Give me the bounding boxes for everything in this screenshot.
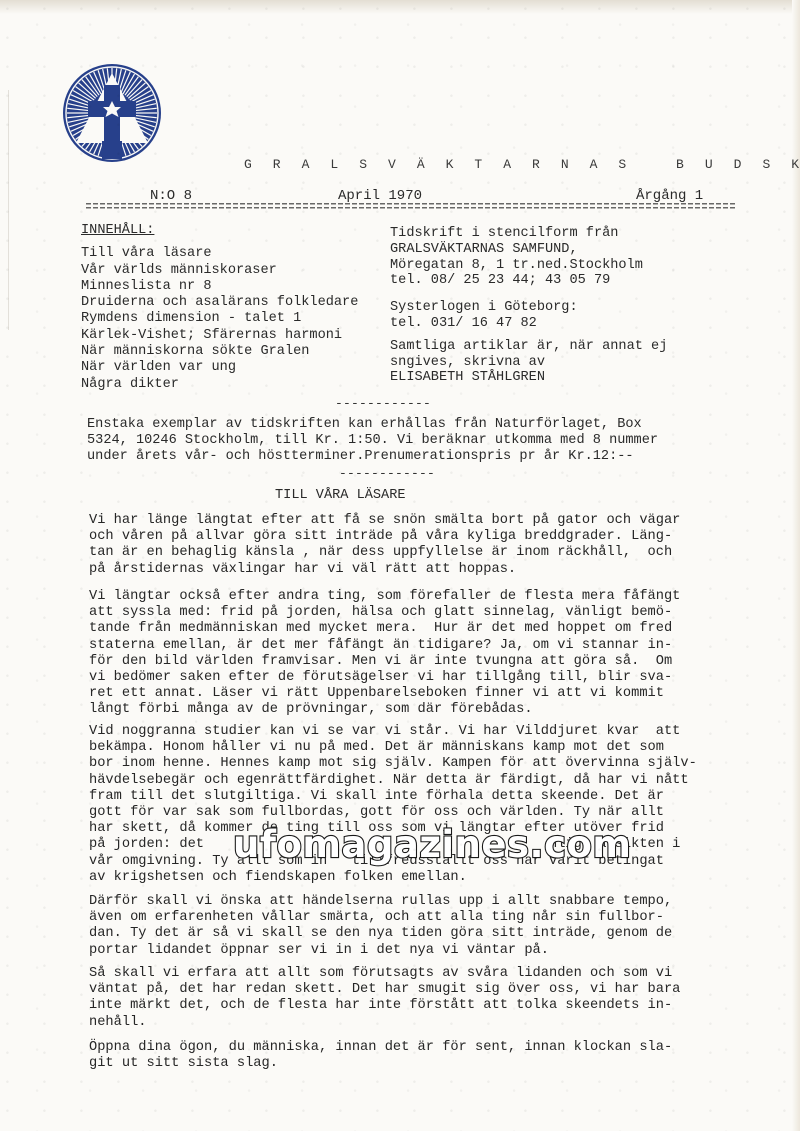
grail-guardians-emblem-icon xyxy=(62,63,162,163)
article-line: dan. Ty det är så vi skall se den nya ti… xyxy=(89,926,672,942)
toc-item: Rymdens dimension - talet 1 xyxy=(81,311,358,327)
authorship-note: Samtliga artiklar är, när annat ej xyxy=(390,339,667,355)
volume-label: Årgång 1 xyxy=(636,188,703,204)
dashed-separator: ------------ xyxy=(335,396,431,411)
article-line: att syssla med: frid på jorden, hälsa oc… xyxy=(89,605,680,621)
toc-item: När människorna sökte Gralen xyxy=(81,344,358,360)
publisher-name: GRALSVÄKTARNAS SAMFUND, xyxy=(390,242,667,258)
toc-item: När världen var ung xyxy=(81,360,358,376)
article-line: vi bedömer saken efter de förutsägelser … xyxy=(89,670,680,686)
issue-number: N:O 8 xyxy=(150,188,192,204)
article-line: för den bild världen framvisar. Men vi ä… xyxy=(89,654,680,670)
article-line: Därför skall vi önska att händelserna ru… xyxy=(89,894,672,910)
subscription-notice: Enstaka exemplar av tidskriften kan erhå… xyxy=(87,417,658,465)
article-line: fram till det slutgiltiga. Vi skall inte… xyxy=(89,789,697,805)
toc-item: Vår världs människoraser xyxy=(81,263,358,279)
article-line: tan är en behaglig känsla , när dess upp… xyxy=(89,545,680,561)
article-line: bor inom henne. Hennes kamp mot sig själ… xyxy=(89,756,697,772)
article-line: långt förbi många av de prövningar, som … xyxy=(89,702,680,718)
article-line: på årstidernas växlingar har vi väl rätt… xyxy=(89,562,680,578)
article-paragraph: Öppna dina ögon, du människa, innan det … xyxy=(89,1040,672,1072)
article-line: väntat på, det har redan skett. Det har … xyxy=(89,982,680,998)
article-line: ret ett annat. Läser vi rätt Uppenbarels… xyxy=(89,686,680,702)
article-line: Vi längtar också efter andra ting, som f… xyxy=(89,589,680,605)
double-rule-divider xyxy=(86,203,736,211)
article-line: nehåll. xyxy=(89,1015,680,1031)
article-line: bekämpa. Honom håller vi nu på med. Det … xyxy=(89,740,697,756)
toc-item: Minneslista nr 8 xyxy=(81,279,358,295)
toc-heading: INNEHÅLL: xyxy=(81,223,358,239)
toc-item: Druiderna och asalärans folkledare xyxy=(81,295,358,311)
toc-item: Några dikter xyxy=(81,377,358,393)
toc-item: Kärlek-Vishet; Sfärernas harmoni xyxy=(81,328,358,344)
dashed-separator: ------------ xyxy=(339,466,435,481)
article-paragraph: Därför skall vi önska att händelserna ru… xyxy=(89,894,672,959)
article-line: git ut sitt sista slag. xyxy=(89,1056,672,1072)
article-line: Öppna dina ögon, du människa, innan det … xyxy=(89,1040,672,1056)
article-paragraph: Vi längtar också efter andra ting, som f… xyxy=(89,589,680,719)
article-line: och våren på allvar göra sitt inträde på… xyxy=(89,529,680,545)
article-line: Så skall vi erfara att allt som förutsag… xyxy=(89,966,680,982)
article-paragraph: Vi har länge längtat efter att få se snö… xyxy=(89,513,680,578)
notice-line: Enstaka exemplar av tidskriften kan erhå… xyxy=(87,417,658,433)
sister-lodge-phone: tel. 031/ 16 47 82 xyxy=(390,316,667,332)
article-line: av krigshetsen och fiendskapen folken em… xyxy=(89,870,697,886)
table-of-contents: INNEHÅLL: Till våra läsare Vår världs mä… xyxy=(81,223,358,393)
article-line: hävdelsebegär och egenrättfärdighet. När… xyxy=(89,773,697,789)
article-line: portar lidandet öppnar ser vi in i det n… xyxy=(89,943,672,959)
sister-lodge-label: Systerlogen i Göteborg: xyxy=(390,300,667,316)
issue-date: April 1970 xyxy=(338,188,422,204)
publisher-line: Tidskrift i stencilform från xyxy=(390,226,667,242)
article-line: inte märkt det, och de flesta har inte f… xyxy=(89,998,680,1014)
watermark-logo: ufomagazines.com xyxy=(233,826,631,863)
article-line: även om erfarenheten vållar smärta, och … xyxy=(89,910,672,926)
article-line: tande från medmänniskan med mycket mera.… xyxy=(89,621,680,637)
toc-item: Till våra läsare xyxy=(81,246,358,262)
authorship-note: sngives, skrivna av xyxy=(390,355,667,371)
article-line: Vi har länge längtat efter att få se snö… xyxy=(89,513,680,529)
article-paragraph: Så skall vi erfara att allt som förutsag… xyxy=(89,966,680,1031)
article-title: TILL VÅRA LÄSARE xyxy=(275,488,406,503)
author-name: ELISABETH STÅHLGREN xyxy=(390,370,667,386)
publisher-address: Möregatan 8, 1 tr.ned.Stockholm xyxy=(390,258,667,274)
masthead-title: G R A L S V Ä K T A R N A S B U D S K A … xyxy=(244,157,800,172)
notice-line: under årets vår- och höstterminer.Prenum… xyxy=(87,449,658,465)
notice-line: 5324, 10246 Stockholm, till Kr. 1:50. Vi… xyxy=(87,433,658,449)
publisher-info: Tidskrift i stencilform från GRALSVÄKTAR… xyxy=(390,226,667,386)
article-line: gott för var sak som fullbordas, gott fö… xyxy=(89,805,697,821)
publisher-phone: tel. 08/ 25 23 44; 43 05 79 xyxy=(390,273,667,289)
article-line: Vid noggranna studier kan vi se var vi s… xyxy=(89,724,697,740)
paper-top-edge xyxy=(0,0,800,14)
paper-fold-mark xyxy=(8,90,9,330)
article-line: staterna emellan, är det mer fåfängt än … xyxy=(89,638,680,654)
